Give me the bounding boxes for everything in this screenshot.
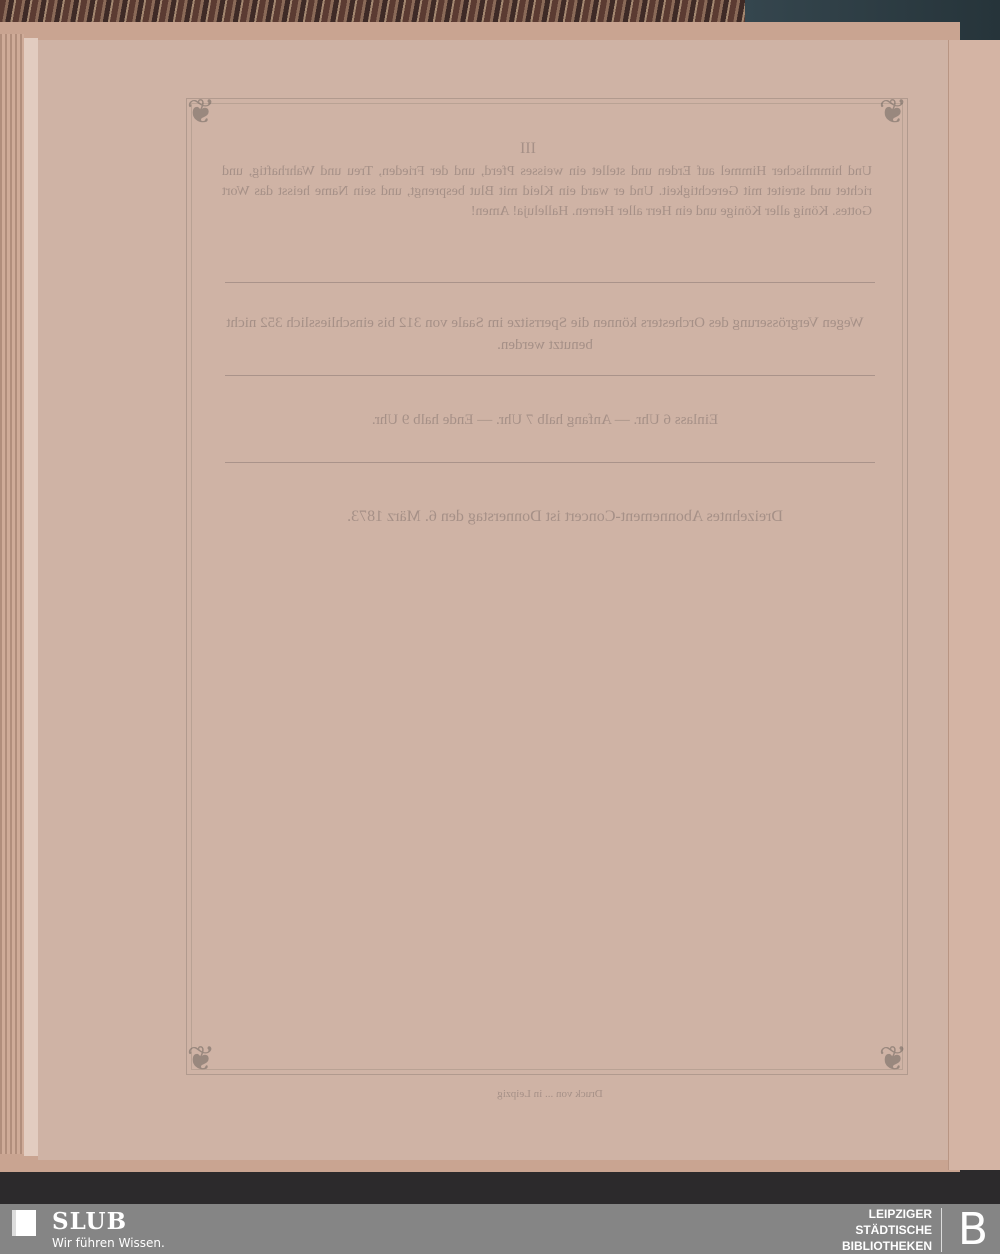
page-number: III	[520, 140, 536, 158]
divider	[225, 375, 875, 376]
next-concert-text: Dreizehntes Abonnement-Concert ist Donne…	[255, 508, 875, 526]
corner-ornament-icon: ❦	[181, 1040, 221, 1080]
corner-ornament-icon: ❦	[181, 93, 221, 133]
ornamental-frame: ❦ ❦ ❦ ❦	[186, 98, 908, 1075]
slub-book-icon	[12, 1210, 36, 1236]
lsb-line-1: LEIPZIGER	[842, 1206, 932, 1222]
footer-bar: SLUB Wir führen Wissen. LEIPZIGER STÄDTI…	[0, 1204, 1000, 1254]
lsb-line-2: STÄDTISCHE	[842, 1222, 932, 1238]
corner-ornament-icon: ❦	[873, 1040, 913, 1080]
leipziger-bibliotheken-logo[interactable]: LEIPZIGER STÄDTISCHE BIBLIOTHEKEN	[842, 1206, 932, 1254]
divider	[225, 282, 875, 283]
lsb-b-icon: B	[958, 1206, 988, 1254]
frame-inner-border	[191, 103, 903, 1070]
page-edge-light	[24, 38, 38, 1156]
facing-page-edge	[948, 40, 1000, 1170]
printer-line: Druck von ... in Leipzig	[420, 1088, 680, 1100]
divider	[225, 462, 875, 463]
corner-ornament-icon: ❦	[873, 93, 913, 133]
notice-text: Wegen Vergrösserung des Orchesters könne…	[205, 312, 885, 356]
times-text: Einlass 6 Uhr. — Anfang halb 7 Uhr. — En…	[300, 412, 790, 429]
slub-tagline: Wir führen Wissen.	[52, 1236, 165, 1250]
logo-divider	[941, 1208, 942, 1252]
bleed-through-paragraph: Und himmlischer Himmel auf Erden und ste…	[222, 162, 872, 222]
lsb-line-3: BIBLIOTHEKEN	[842, 1238, 932, 1254]
page-edges	[0, 34, 24, 1154]
slub-logo[interactable]: SLUB	[52, 1208, 127, 1235]
